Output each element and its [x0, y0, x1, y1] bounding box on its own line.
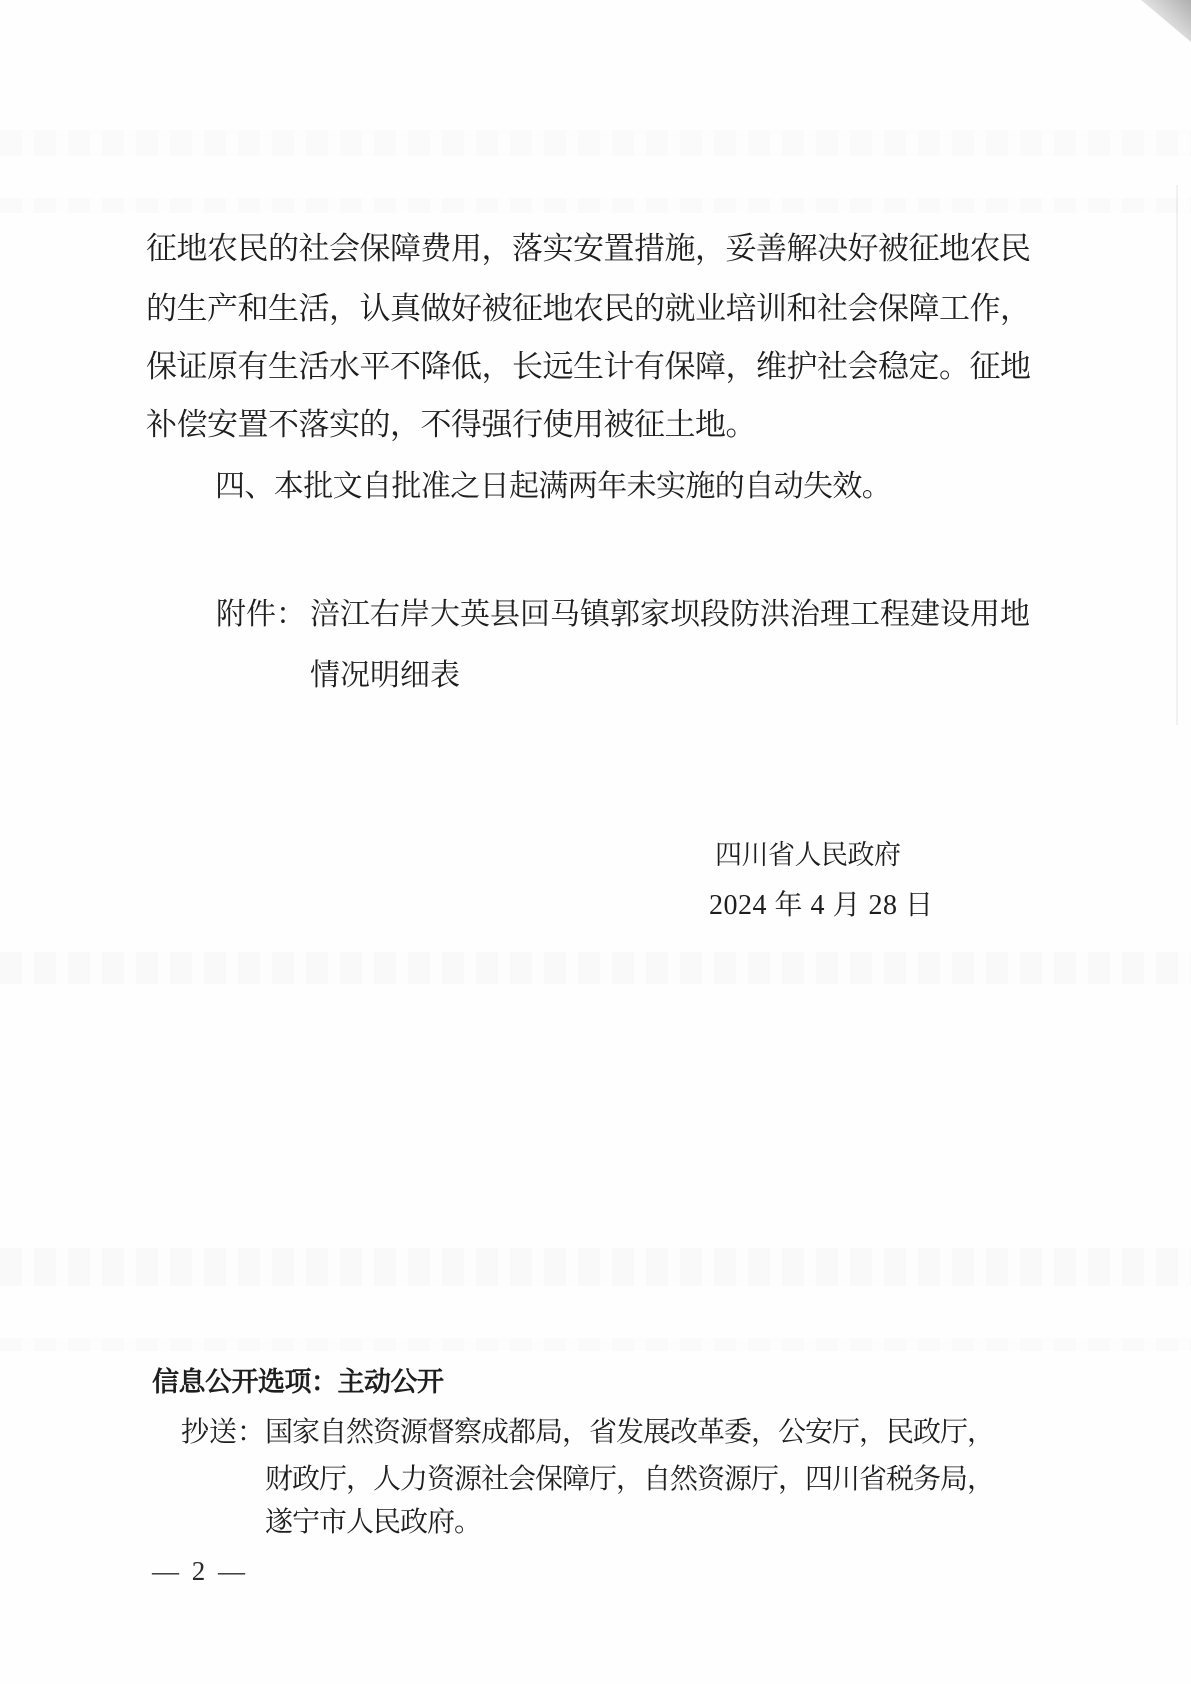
- scan-corner-shadow: [1141, 0, 1191, 42]
- cc-recipients-line: 国家自然资源督察成都局，省发展改革委，公安厅，民政厅，: [265, 1417, 994, 1449]
- document-page: 征地农民的社会保障费用，落实安置措施，妥善解决好被征地农民 的生产和生活，认真做…: [0, 0, 1191, 1684]
- attachment-label: 附件：: [216, 598, 306, 633]
- scan-edge-line: [1176, 185, 1178, 725]
- cc-label: 抄送：: [181, 1417, 265, 1449]
- body-paragraph-line: 补偿安置不落实的，不得强行使用被征土地。: [146, 407, 756, 443]
- attachment-title-line: 涪江右岸大英县回马镇郭家坝段防洪治理工程建设用地: [310, 598, 1030, 633]
- body-paragraph-line: 保证原有生活水平不降低，长远生计有保障，维护社会稳定。征地: [146, 349, 1031, 385]
- scan-artifact-band: [0, 952, 1191, 984]
- body-item-four: 四、本批文自批准之日起满两年未实施的自动失效。: [215, 470, 891, 505]
- attachment-title-line: 情况明细表: [310, 659, 460, 694]
- cc-recipients-line: 财政厅，人力资源社会保障厅，自然资源厅，四川省税务局，: [265, 1464, 994, 1496]
- scan-artifact-band: [0, 1338, 1191, 1351]
- disclosure-option: 信息公开选项：主动公开: [152, 1367, 444, 1398]
- scan-artifact-band: [0, 1248, 1191, 1286]
- scan-artifact-band: [0, 198, 1191, 213]
- body-paragraph-line: 征地农民的社会保障费用，落实安置措施，妥善解决好被征地农民: [146, 231, 1031, 267]
- body-paragraph-line: 的生产和生活，认真做好被征地农民的就业培训和社会保障工作，: [146, 291, 1031, 327]
- signature-date: 2024 年 4 月 28 日: [709, 890, 934, 922]
- page-number: — 2 —: [152, 1556, 248, 1587]
- signature-issuer: 四川省人民政府: [715, 840, 901, 871]
- cc-recipients-line: 遂宁市人民政府。: [265, 1507, 481, 1539]
- scan-artifact-band: [0, 130, 1191, 156]
